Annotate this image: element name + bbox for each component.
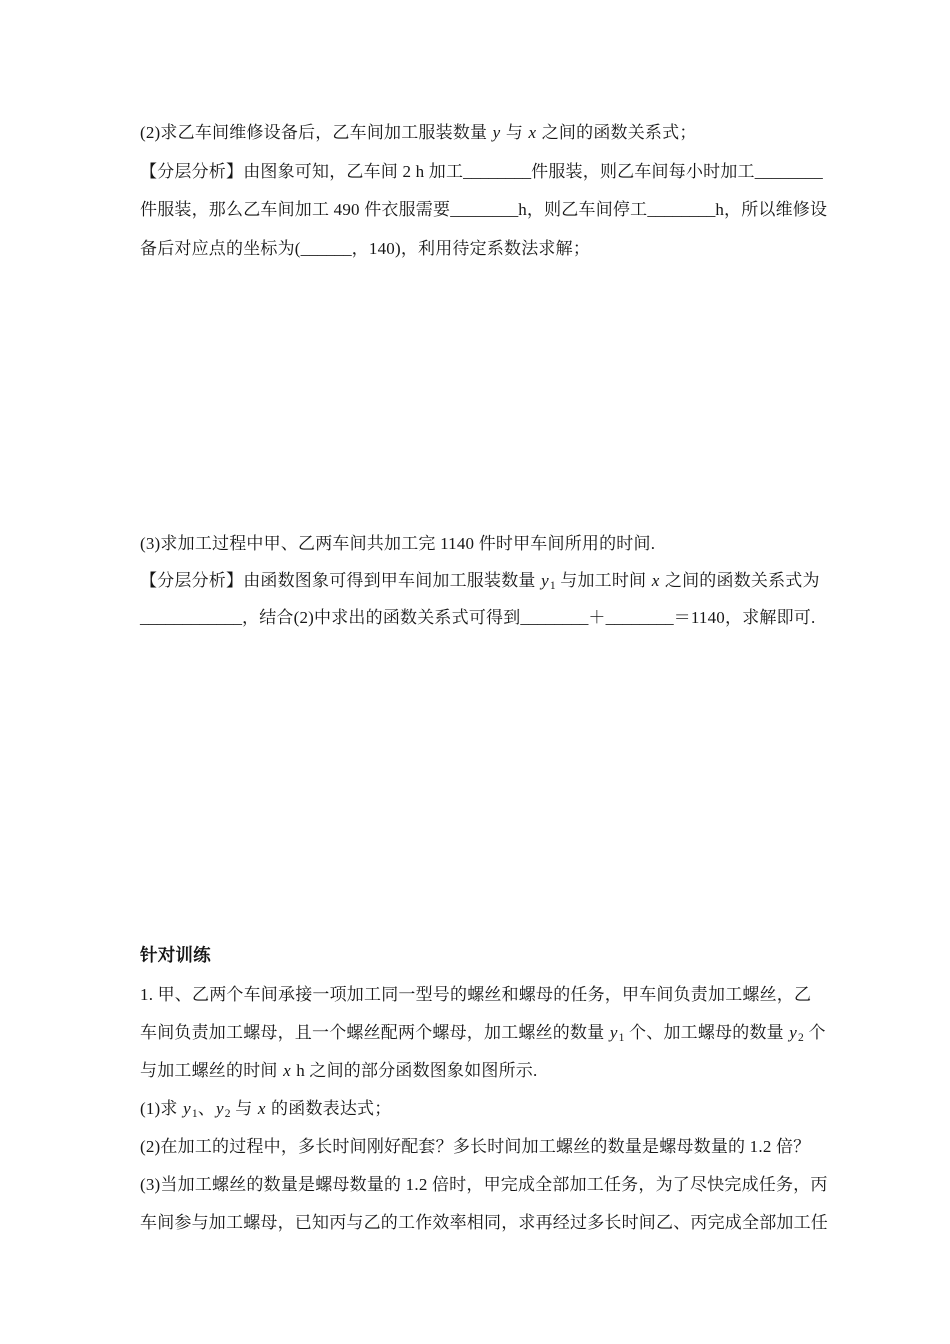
fill-in-blank: ________ xyxy=(755,162,823,181)
text-run: 1. 甲、乙两个车间承接一项加工同一型号的螺丝和螺母的任务，甲车间负责加工螺丝，… xyxy=(140,985,811,1004)
text-run: 个 xyxy=(804,1023,826,1042)
text-run: 之间的函数关系式为 xyxy=(660,571,819,590)
text-run: 与 xyxy=(501,123,527,142)
text-run: h，则乙车间停工 xyxy=(518,200,647,219)
text-run: 与加工螺丝的时间 xyxy=(140,1061,282,1080)
math-variable: x xyxy=(651,571,661,590)
text-run: 【分层分析】由函数图象可得到甲车间加工服装数量 xyxy=(140,571,540,590)
text-run: 之间的函数关系式； xyxy=(537,123,696,142)
text-run: ，结合(2)中求出的函数关系式可得到 xyxy=(242,608,520,627)
text-run: 件服装，则乙车间每小时加工 xyxy=(531,162,755,181)
text-line: (3)当加工螺丝的数量是螺母数量的 1.2 倍时，甲完成全部加工任务，为了尽快完… xyxy=(140,1166,830,1204)
text-run: h，所以维修设 xyxy=(715,200,827,219)
text-run: (1)求 xyxy=(140,1099,182,1118)
text-run: 针对训练 xyxy=(140,945,211,965)
text-run: ＝1140，求解即可. xyxy=(674,608,816,627)
text-run: h 之间的部分函数图象如图所示. xyxy=(292,1061,538,1080)
fill-in-blank: ____________ xyxy=(140,608,242,627)
fill-in-blank: ________ xyxy=(520,608,588,627)
text-run: (2)求乙车间维修设备后，乙车间加工服装数量 xyxy=(140,123,492,142)
text-line: 针对训练 xyxy=(140,936,830,974)
text-run: (3)当加工螺丝的数量是螺母数量的 1.2 倍时，甲完成全部加工任务，为了尽快完… xyxy=(140,1175,828,1194)
training-problem1-paragraph: 1. 甲、乙两个车间承接一项加工同一型号的螺丝和螺母的任务，甲车间负责加工螺丝，… xyxy=(140,976,830,1242)
problem3-analysis-paragraph: (3)求加工过程中甲、乙两车间共加工完 1140 件时甲车间所用的时间.【分层分… xyxy=(140,525,830,636)
text-line: 1. 甲、乙两个车间承接一项加工同一型号的螺丝和螺母的任务，甲车间负责加工螺丝，… xyxy=(140,976,830,1014)
text-run: 件服装，那么乙车间加工 490 件衣服需要 xyxy=(140,200,450,219)
math-variable: x xyxy=(257,1099,267,1118)
math-variable: x xyxy=(528,123,538,142)
text-line: 件服装，那么乙车间加工 490 件衣服需要________h，则乙车间停工___… xyxy=(140,191,830,230)
fill-in-blank: ________ xyxy=(647,200,715,219)
text-run: (3)求加工过程中甲、乙两车间共加工完 1140 件时甲车间所用的时间. xyxy=(140,534,655,553)
text-line: 【分层分析】由函数图象可得到甲车间加工服装数量 y1 与加工时间 x 之间的函数… xyxy=(140,562,830,599)
fill-in-blank: ________ xyxy=(606,608,674,627)
text-run: 车间参与加工螺母，已知丙与乙的工作效率相同，求再经过多长时间乙、丙完成全部加工任 xyxy=(140,1213,828,1232)
fill-in-blank: ________ xyxy=(450,200,518,219)
text-run: 【分层分析】由图象可知，乙车间 2 h 加工 xyxy=(140,162,463,181)
text-line: 车间参与加工螺母，已知丙与乙的工作效率相同，求再经过多长时间乙、丙完成全部加工任 xyxy=(140,1204,830,1242)
text-line: (3)求加工过程中甲、乙两车间共加工完 1140 件时甲车间所用的时间. xyxy=(140,525,830,562)
text-run: 与 xyxy=(231,1099,257,1118)
text-line: (2)求乙车间维修设备后，乙车间加工服装数量 y 与 x 之间的函数关系式； xyxy=(140,114,830,153)
math-variable: y xyxy=(540,571,550,590)
problem2-analysis-paragraph: (2)求乙车间维修设备后，乙车间加工服装数量 y 与 x 之间的函数关系式；【分… xyxy=(140,114,830,268)
text-line: 【分层分析】由图象可知，乙车间 2 h 加工________件服装，则乙车间每小… xyxy=(140,153,830,192)
text-run: (2)在加工的过程中，多长时间刚好配套？多长时间加工螺丝的数量是螺母数量的 1.… xyxy=(140,1137,810,1156)
text-run: ，140)，利用待定系数法求解； xyxy=(352,239,590,258)
worksheet-page: (2)求乙车间维修设备后，乙车间加工服装数量 y 与 x 之间的函数关系式；【分… xyxy=(0,0,950,1344)
text-line: 备后对应点的坐标为(______，140)，利用待定系数法求解； xyxy=(140,230,830,269)
text-run: 的函数表达式； xyxy=(267,1099,392,1118)
text-line: ____________，结合(2)中求出的函数关系式可得到________＋_… xyxy=(140,599,830,636)
text-run: 个、加工螺母的数量 xyxy=(625,1023,789,1042)
text-run: ＋ xyxy=(588,608,605,627)
math-variable: y xyxy=(492,123,502,142)
text-line: 车间负责加工螺母，且一个螺丝配两个螺母，加工螺丝的数量 y1 个、加工螺母的数量… xyxy=(140,1014,830,1052)
text-run: 与加工时间 xyxy=(556,571,651,590)
math-variable: y xyxy=(609,1023,619,1042)
fill-in-blank: ________ xyxy=(463,162,531,181)
fill-in-blank: ______ xyxy=(301,239,352,258)
math-variable: y xyxy=(788,1023,798,1042)
math-variable: x xyxy=(282,1061,292,1080)
text-run: 备后对应点的坐标为( xyxy=(140,239,301,258)
math-variable: y xyxy=(215,1099,225,1118)
targeted-training-heading: 针对训练 xyxy=(140,936,830,974)
text-run: 、 xyxy=(198,1099,215,1118)
math-variable: y xyxy=(182,1099,192,1118)
text-line: 与加工螺丝的时间 x h 之间的部分函数图象如图所示. xyxy=(140,1052,830,1090)
text-line: (1)求 y1、y2 与 x 的函数表达式； xyxy=(140,1090,830,1128)
text-line: (2)在加工的过程中，多长时间刚好配套？多长时间加工螺丝的数量是螺母数量的 1.… xyxy=(140,1128,830,1166)
text-run: 车间负责加工螺母，且一个螺丝配两个螺母，加工螺丝的数量 xyxy=(140,1023,609,1042)
